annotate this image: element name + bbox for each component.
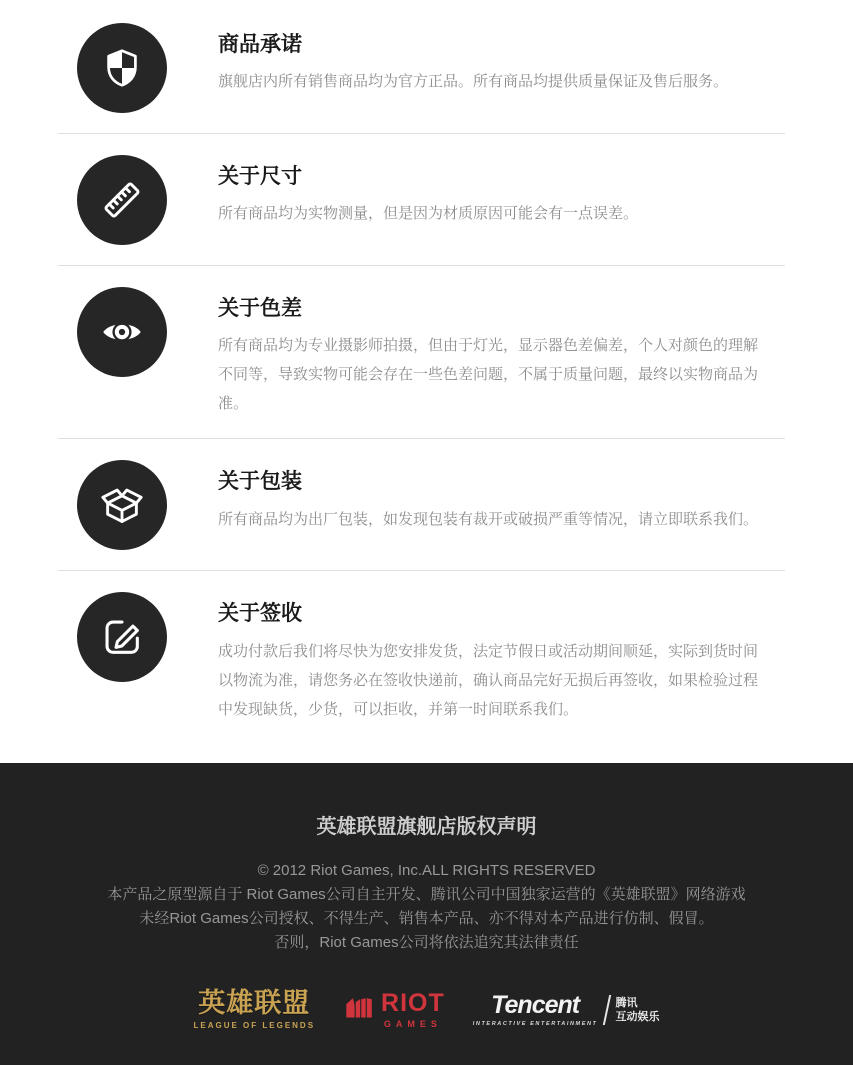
eye-icon <box>77 287 167 377</box>
package-box-icon <box>77 460 167 550</box>
riot-logo-name: RIOT <box>381 991 445 1016</box>
policy-description: 所有商品均为专业摄影师拍摄，但由于灯光，显示器色差偏差，个人对颜色的理解不同等，… <box>218 331 765 418</box>
footer-title: 英雄联盟旗舰店版权声明 <box>0 763 853 839</box>
edit-pen-icon <box>77 592 167 682</box>
license-line: 未经Riot Games公司授权、不得生产、销售本产品、亦不得对本产品进行仿制、… <box>0 907 853 931</box>
riot-games-logo: RIOT GAMES <box>343 991 445 1029</box>
policy-title: 关于签收 <box>218 601 765 627</box>
league-of-legends-logo: 英雄联盟 LEAGUE OF LEGENDS <box>193 990 315 1030</box>
brand-logo-row: 英雄联盟 LEAGUE OF LEGENDS RIOT GAMES <box>0 990 853 1030</box>
copyright-footer: 英雄联盟旗舰店版权声明 © 2012 Riot Games, Inc.ALL R… <box>0 763 853 1065</box>
lol-logo-en-text: LEAGUE OF LEGENDS <box>193 1021 315 1030</box>
legal-line: 否则，Riot Games公司将依法追究其法律责任 <box>0 931 853 955</box>
policy-content: 关于色差 所有商品均为专业摄影师拍摄，但由于灯光，显示器色差偏差，个人对颜色的理… <box>218 287 765 418</box>
policy-content: 商品承诺 旗舰店内所有销售商品均为官方正品。所有商品均提供质量保证及售后服务。 <box>218 23 765 96</box>
policy-title: 关于色差 <box>218 296 765 322</box>
tencent-logo-divider <box>602 995 610 1025</box>
riot-logo-text: RIOT GAMES <box>381 991 445 1029</box>
policy-list: 商品承诺 旗舰店内所有销售商品均为官方正品。所有商品均提供质量保证及售后服务。 … <box>0 0 853 744</box>
policy-title: 关于尺寸 <box>218 164 765 190</box>
policy-content: 关于尺寸 所有商品均为实物测量，但是因为材质原因可能会有一点误差。 <box>218 155 765 228</box>
policy-description: 所有商品均为出厂包装，如发现包装有裁开或破损严重等情况，请立即联系我们。 <box>218 505 765 534</box>
policy-item-promise: 商品承诺 旗舰店内所有销售商品均为官方正品。所有商品均提供质量保证及售后服务。 <box>58 2 785 134</box>
policy-description: 旗舰店内所有销售商品均为官方正品。所有商品均提供质量保证及售后服务。 <box>218 67 765 96</box>
policy-content: 关于签收 成功付款后我们将尽快为您安排发货，法定节假日或活动期间顺延，实际到货时… <box>218 592 765 723</box>
origin-line: 本产品之原型源自于 Riot Games公司自主开发、腾讯公司中国独家运营的《英… <box>0 883 853 907</box>
tencent-cn-line1: 腾讯 <box>616 996 660 1010</box>
tencent-logo-cn-text: 腾讯 互动娱乐 <box>616 996 660 1024</box>
ruler-icon <box>77 155 167 245</box>
policy-title: 商品承诺 <box>218 32 765 58</box>
policy-item-color: 关于色差 所有商品均为专业摄影师拍摄，但由于灯光，显示器色差偏差，个人对颜色的理… <box>58 266 785 439</box>
policy-content: 关于包装 所有商品均为出厂包装，如发现包装有裁开或破损严重等情况，请立即联系我们… <box>218 460 765 533</box>
tencent-cn-line2: 互动娱乐 <box>616 1010 660 1024</box>
tencent-logo-subtitle: INTERACTIVE ENTERTAINMENT <box>473 1021 598 1027</box>
policy-description: 所有商品均为实物测量，但是因为材质原因可能会有一点误差。 <box>218 199 765 228</box>
policy-title: 关于包装 <box>218 469 765 495</box>
riot-logo-subtitle: GAMES <box>381 1019 445 1029</box>
copyright-line: © 2012 Riot Games, Inc.ALL RIGHTS RESERV… <box>0 859 853 883</box>
policy-item-receipt: 关于签收 成功付款后我们将尽快为您安排发货，法定节假日或活动期间顺延，实际到货时… <box>58 571 785 743</box>
policy-item-packaging: 关于包装 所有商品均为出厂包装，如发现包装有裁开或破损严重等情况，请立即联系我们… <box>58 439 785 571</box>
policy-description: 成功付款后我们将尽快为您安排发货，法定节假日或活动期间顺延，实际到货时间以物流为… <box>218 637 765 724</box>
lol-logo-cn-text: 英雄联盟 <box>193 990 315 1017</box>
tencent-logo: Tencent INTERACTIVE ENTERTAINMENT 腾讯 互动娱… <box>473 993 660 1027</box>
tencent-logo-name: Tencent <box>473 993 598 1018</box>
tencent-logo-text: Tencent INTERACTIVE ENTERTAINMENT <box>473 993 598 1027</box>
riot-fist-icon <box>343 992 374 1028</box>
shield-check-icon <box>77 23 167 113</box>
policy-item-size: 关于尺寸 所有商品均为实物测量，但是因为材质原因可能会有一点误差。 <box>58 134 785 266</box>
